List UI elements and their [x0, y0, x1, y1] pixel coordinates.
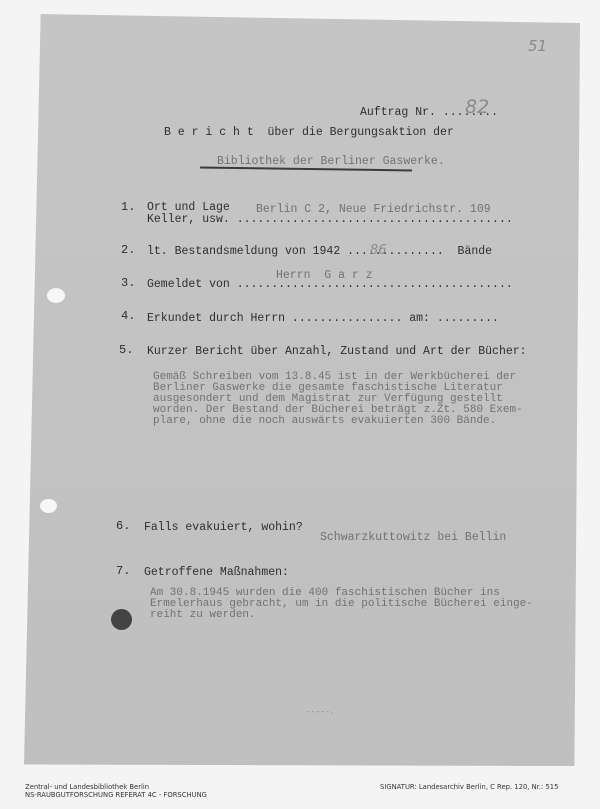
bottom-dotted-mark: -----. — [306, 708, 335, 717]
item-2-number: 2. — [121, 243, 135, 257]
punch-hole-top — [47, 288, 65, 303]
item-5-number: 5. — [119, 343, 133, 357]
item-6-number: 6. — [116, 519, 130, 533]
item-1-value: Berlin C 2, Neue Friedrichstr. 109 — [256, 203, 491, 216]
item-6-label: Falls evakuiert, wohin? — [144, 521, 303, 534]
item-5-text-line-5: plare, ohne die noch auswärts evakuierte… — [153, 415, 496, 427]
library-name: Bibliothek der Berliner Gaswerke. — [217, 155, 445, 168]
item-5-label: Kurzer Bericht über Anzahl, Zustand und … — [147, 345, 527, 358]
item-2-label: lt. Bestandsmeldung von 1942 ...........… — [147, 245, 492, 258]
ink-blot — [111, 609, 132, 630]
footer-institution: Zentral- und Landesbibliothek Berlin — [25, 783, 149, 791]
item-4-label: Erkundet durch Herrn ................ am… — [147, 312, 499, 325]
item-4-number: 4. — [121, 309, 135, 323]
item-6-value: Schwarzkuttowitz bei Bellin — [320, 531, 506, 544]
item-2-value-handwritten: 86 — [370, 243, 387, 258]
item-7-text-line-3: reiht zu werden. — [150, 609, 256, 621]
item-7-label: Getroffene Maßnahmen: — [144, 566, 289, 579]
footer-department: NS-RAUBGUTFORSCHUNG REFERAT 4C - FORSCHU… — [25, 791, 207, 799]
item-3-number: 3. — [121, 276, 135, 290]
auftrag-number-handwritten: 82 — [465, 96, 489, 118]
handwritten-page-number: 51 — [528, 37, 547, 55]
item-7-number: 7. — [116, 564, 130, 578]
item-3-label: Gemeldet von ...........................… — [147, 278, 513, 291]
report-heading: B e r i c h t über die Bergungsaktion de… — [164, 126, 454, 139]
punch-hole-bottom — [40, 499, 57, 513]
item-1-number: 1. — [121, 200, 135, 214]
footer-signature: SIGNATUR: Landesarchiv Berlin, C Rep. 12… — [380, 783, 558, 791]
